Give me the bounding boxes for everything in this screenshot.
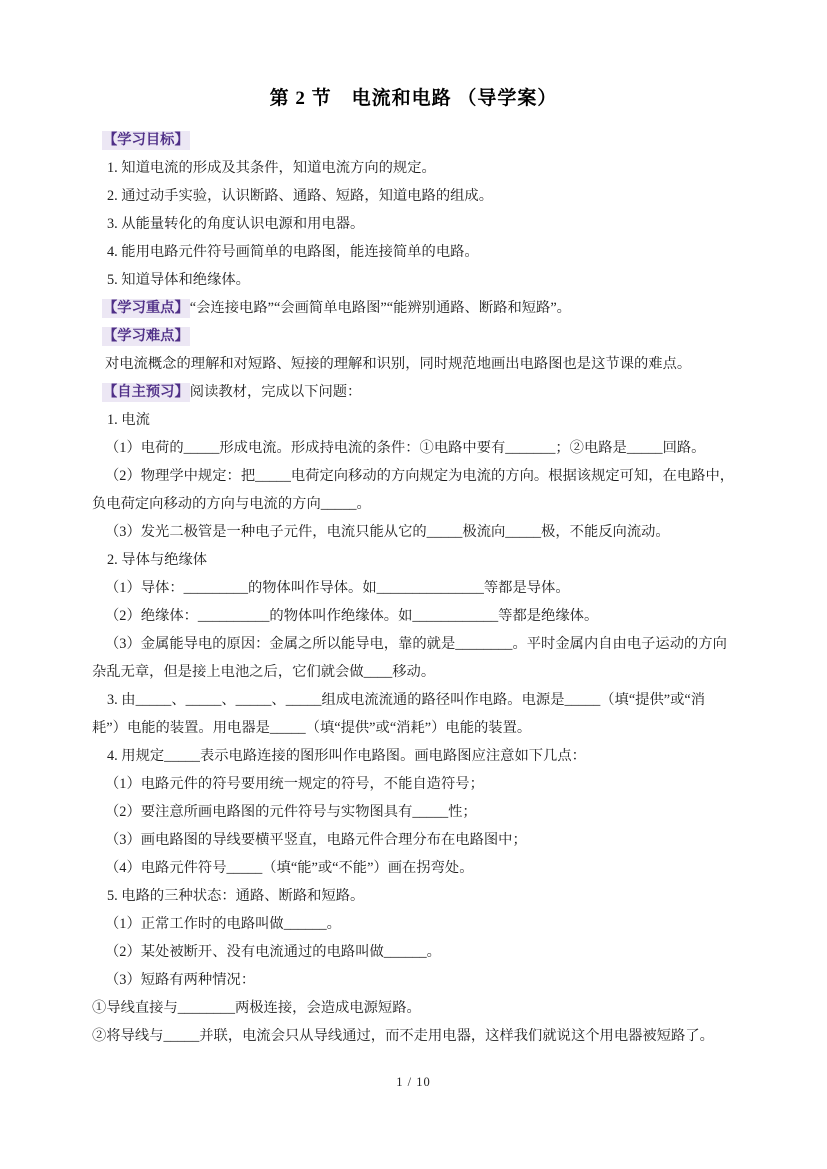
paragraph-text: ②将导线与_____并联，电流会只从导线通过，而不走用电器，这样我们就说这个用电… [92, 1028, 714, 1044]
paragraph-text: 4. 用规定_____表示电路连接的图形叫作电路图。画电路图应注意如下几点： [107, 748, 586, 764]
paragraph: 4. 能用电路元件符号画简单的电路图，能连接简单的电路。 [92, 238, 752, 266]
section-header-label: 【学习目标】 [102, 131, 190, 150]
paragraph-text: （2）要注意所画电路图的元件符号与实物图具有_____性； [105, 804, 477, 820]
paragraph: 对电流概念的理解和对短路、短接的理解和识别，同时规范地画出电路图也是这节课的难点… [92, 350, 752, 378]
paragraph-text: （1）导体：_________的物体叫作导体。如_______________等… [105, 580, 570, 596]
paragraph: （4）电路元件符号_____（填“能”或“不能”）画在拐弯处。 [92, 854, 752, 882]
section-header-label: 【自主预习】 [102, 383, 190, 402]
paragraph-text: 1. 电流 [107, 412, 150, 428]
section-paragraph: 【学习难点】 [92, 322, 752, 350]
paragraph-text: 5. 知道导体和绝缘体。 [107, 272, 250, 288]
section-header-label: 【学习重点】 [102, 299, 190, 318]
section-header-label: 【学习难点】 [102, 327, 190, 346]
paragraph-text: （1）电荷的_____形成电流。形成持电流的条件：①电路中要有_______；②… [105, 440, 705, 456]
paragraph-text: （4）电路元件符号_____（填“能”或“不能”）画在拐弯处。 [105, 860, 474, 876]
paragraph: （2）绝缘体：__________的物体叫作绝缘体。如____________等… [92, 602, 752, 630]
document-body: 【学习目标】1. 知道电流的形成及其条件，知道电流方向的规定。2. 通过动手实验… [0, 126, 827, 1050]
paragraph: （1）电荷的_____形成电流。形成持电流的条件：①电路中要有_______；②… [92, 434, 752, 462]
paragraph: （3）发光二极管是一种电子元件，电流只能从它的_____极流向_____极，不能… [92, 518, 752, 546]
paragraph-text: （2）某处被断开、没有电流通过的电路叫做______。 [105, 944, 441, 960]
page-number: 1 / 10 [0, 1075, 827, 1090]
paragraph: ②将导线与_____并联，电流会只从导线通过，而不走用电器，这样我们就说这个用电… [92, 1022, 752, 1050]
paragraph-text: 3. 从能量转化的角度认识电源和用电器。 [107, 216, 364, 232]
paragraph-text: 2. 导体与绝缘体 [107, 552, 207, 568]
paragraph-text: 3. 由_____、_____、_____、_____组成电流流通的路径叫作电路… [92, 692, 705, 736]
paragraph-text: 2. 通过动手实验，认识断路、通路、短路，知道电路的组成。 [107, 188, 493, 204]
page-title: 第 2 节 电流和电路 （导学案） [0, 0, 827, 112]
paragraph: 2. 导体与绝缘体 [92, 546, 752, 574]
paragraph: 1. 知道电流的形成及其条件，知道电流方向的规定。 [92, 154, 752, 182]
paragraph: 5. 知道导体和绝缘体。 [92, 266, 752, 294]
paragraph: （3）金属能导电的原因：金属之所以能导电，靠的就是________。平时金属内自… [92, 630, 752, 686]
paragraph-text: “会连接电路”“会画简单电路图”“能辨别通路、断路和短路”。 [190, 300, 571, 316]
paragraph-text: 5. 电路的三种状态：通路、断路和短路。 [107, 888, 364, 904]
paragraph-text: （3）发光二极管是一种电子元件，电流只能从它的_____极流向_____极，不能… [105, 524, 670, 540]
paragraph: （1）电路元件的符号要用统一规定的符号，不能自造符号； [92, 770, 752, 798]
paragraph: ①导线直接与________两极连接，会造成电源短路。 [92, 994, 752, 1022]
paragraph: 1. 电流 [92, 406, 752, 434]
paragraph: 4. 用规定_____表示电路连接的图形叫作电路图。画电路图应注意如下几点： [92, 742, 752, 770]
paragraph-text: 阅读教材，完成以下问题： [190, 384, 362, 400]
worksheet-page: 第 2 节 电流和电路 （导学案） 【学习目标】1. 知道电流的形成及其条件，知… [0, 0, 827, 1169]
paragraph: （3）短路有两种情况： [92, 966, 752, 994]
paragraph-text: （3）短路有两种情况： [105, 972, 255, 988]
paragraph: （1）导体：_________的物体叫作导体。如_______________等… [92, 574, 752, 602]
paragraph: （3）画电路图的导线要横平竖直，电路元件合理分布在电路图中； [92, 826, 752, 854]
paragraph: （2）某处被断开、没有电流通过的电路叫做______。 [92, 938, 752, 966]
paragraph-text: （1）正常工作时的电路叫做______。 [105, 916, 341, 932]
paragraph-text: 1. 知道电流的形成及其条件，知道电流方向的规定。 [107, 160, 436, 176]
section-paragraph: 【学习目标】 [92, 126, 752, 154]
paragraph-text: （2）物理学中规定：把_____电荷定向移动的方向规定为电流的方向。根据该规定可… [92, 468, 734, 512]
paragraph-text: （2）绝缘体：__________的物体叫作绝缘体。如____________等… [105, 608, 598, 624]
paragraph: （2）物理学中规定：把_____电荷定向移动的方向规定为电流的方向。根据该规定可… [92, 462, 752, 518]
paragraph-text: （3）画电路图的导线要横平竖直，电路元件合理分布在电路图中； [105, 832, 527, 848]
paragraph: （2）要注意所画电路图的元件符号与实物图具有_____性； [92, 798, 752, 826]
paragraph-text: 4. 能用电路元件符号画简单的电路图，能连接简单的电路。 [107, 244, 479, 260]
paragraph: 2. 通过动手实验，认识断路、通路、短路，知道电路的组成。 [92, 182, 752, 210]
paragraph-text: （3）金属能导电的原因：金属之所以能导电，靠的就是________。平时金属内自… [92, 636, 727, 680]
paragraph-text: 对电流概念的理解和对短路、短接的理解和识别，同时规范地画出电路图也是这节课的难点… [105, 356, 691, 372]
paragraph: 3. 由_____、_____、_____、_____组成电流流通的路径叫作电路… [92, 686, 752, 742]
paragraph: 5. 电路的三种状态：通路、断路和短路。 [92, 882, 752, 910]
paragraph-text: （1）电路元件的符号要用统一规定的符号，不能自造符号； [105, 776, 484, 792]
paragraph-text: ①导线直接与________两极连接，会造成电源短路。 [92, 1000, 421, 1016]
paragraph: 3. 从能量转化的角度认识电源和用电器。 [92, 210, 752, 238]
section-paragraph: 【自主预习】阅读教材，完成以下问题： [92, 378, 752, 406]
section-paragraph: 【学习重点】“会连接电路”“会画简单电路图”“能辨别通路、断路和短路”。 [92, 294, 752, 322]
paragraph: （1）正常工作时的电路叫做______。 [92, 910, 752, 938]
